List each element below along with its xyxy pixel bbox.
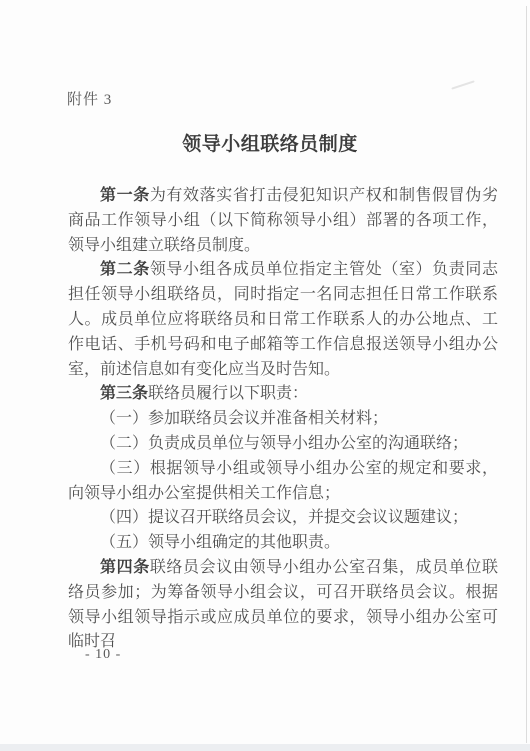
article-2-label: 第二条 [100, 261, 150, 278]
article-4-paragraph: 第四条联络员会议由领导小组办公室召集，成员单位联络员参加；为筹备领导小组会议，可… [68, 556, 498, 655]
article-3-paragraph: 第三条联络员履行以下职责： [68, 382, 498, 407]
article-4-label: 第四条 [100, 559, 150, 576]
scan-smudge-artifact [451, 80, 474, 89]
article-2-paragraph: 第二条领导小组各成员单位指定主管处（室）负责同志担任领导小组联络员，同时指定一名… [68, 258, 498, 382]
page-number: - 10 - [85, 647, 121, 663]
scan-bottom-strip [0, 744, 530, 751]
duty-item-1: （一）参加联络员会议并准备相关材料； [68, 407, 498, 432]
page-edge-line [526, 6, 527, 743]
article-3-label: 第三条 [100, 385, 148, 402]
document-title: 领导小组联络员制度 [5, 129, 530, 156]
scanned-document-page: 附件 3 领导小组联络员制度 第一条为有效落实省打击侵犯知识产权和制售假冒伪劣商… [0, 0, 530, 751]
duty-item-5: （五）领导小组确定的其他职责。 [68, 531, 498, 556]
document-body: 第一条为有效落实省打击侵犯知识产权和制售假冒伪劣商品工作领导小组（以下简称领导小… [68, 184, 498, 655]
attachment-label: 附件 3 [67, 88, 112, 109]
duty-item-2: （二）负责成员单位与领导小组办公室的沟通联络； [68, 432, 498, 457]
article-1-label: 第一条 [100, 187, 150, 204]
article-1-paragraph: 第一条为有效落实省打击侵犯知识产权和制售假冒伪劣商品工作领导小组（以下简称领导小… [68, 184, 498, 258]
duty-item-4: （四）提议召开联络员会议，并提交会议议题建议； [68, 506, 498, 531]
article-3-text: 联络员履行以下职责： [148, 385, 308, 402]
duty-item-3: （三）根据领导小组或领导小组办公室的规定和要求，向领导小组办公室提供相关工作信息… [68, 457, 498, 507]
article-2-text: 领导小组各成员单位指定主管处（室）负责同志担任领导小组联络员，同时指定一名同志担… [68, 261, 498, 377]
